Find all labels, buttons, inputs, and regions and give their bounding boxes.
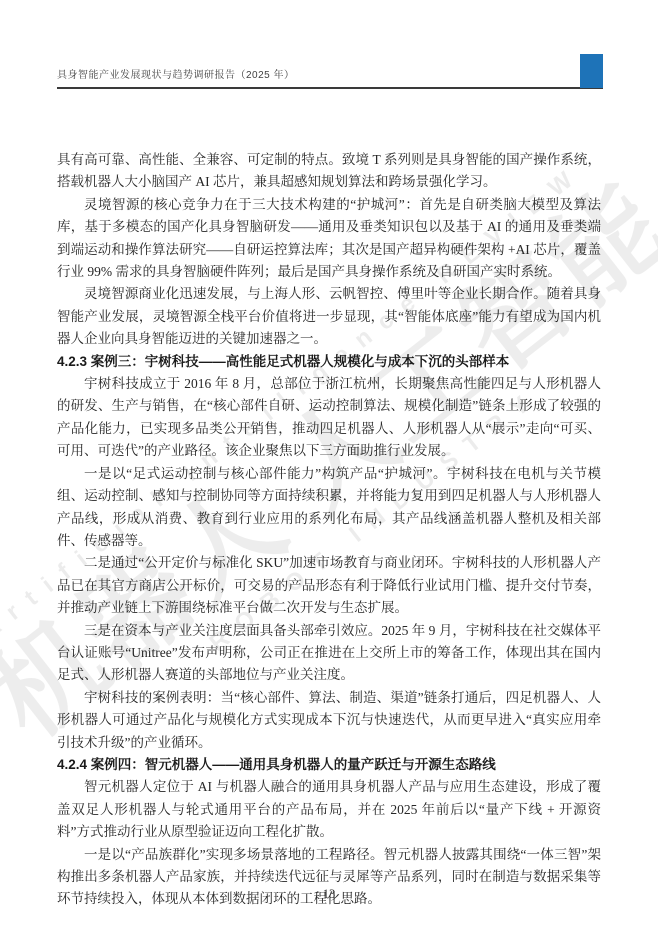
report-header-title: 具身智能产业发展现状与趋势调研报告（2025 年）	[57, 66, 295, 81]
paragraph: 灵境智源商业化迅速发展，与上海人形、云帆智控、傅里叶等企业长期合作。随着具身智能…	[57, 283, 601, 350]
paragraph: 智元机器人定位于 AI 与机器人融合的通用具身机器人产品与应用生态建设，形成了覆…	[57, 776, 601, 843]
paragraph: 三是在资本与产业关注度层面具备头部牵引效应。2025 年 9 月，宇树科技在社交…	[57, 620, 601, 687]
paragraph: 宇树科技成立于 2016 年 8 月，总部位于浙江杭州，长期聚焦高性能四足与人形…	[57, 373, 601, 463]
section-heading-4-2-4: 4.2.4 案例四：智元机器人——通用具身机器人的量产跃迁与开源生态路线	[57, 754, 601, 776]
section-heading-4-2-3: 4.2.3 案例三：宇树科技——高性能足式机器人规模化与成本下沉的头部样本	[57, 351, 601, 373]
paragraph: 一是以“足式运动控制与核心部件能力”构筑产品“护城河”。宇树科技在电机与关节模组…	[57, 463, 601, 553]
document-body: 具有高可靠、高性能、全兼容、可定制的特点。致境 T 系列则是具身智能的国产操作系…	[57, 149, 601, 911]
paragraph: 具有高可靠、高性能、全兼容、可定制的特点。致境 T 系列则是具身智能的国产操作系…	[57, 149, 601, 194]
document-page: Artificial Intelligence REVIEW 机器人 人工智能 …	[0, 0, 658, 940]
page-number: 13	[0, 887, 658, 902]
paragraph: 二是通过“公开定价与标准化 SKU”加速市场教育与商业闭环。宇树科技的人形机器人…	[57, 552, 601, 619]
header-rule	[57, 87, 603, 89]
header-accent-square	[580, 54, 603, 88]
paragraph: 灵境智源的核心竞争力在于三大技术构建的“护城河”：首先是自研类脑大模型及算法库，…	[57, 194, 601, 284]
paragraph: 宇树科技的案例表明：当“核心部件、算法、制造、渠道”链条打通后，四足机器人、人形…	[57, 687, 601, 754]
